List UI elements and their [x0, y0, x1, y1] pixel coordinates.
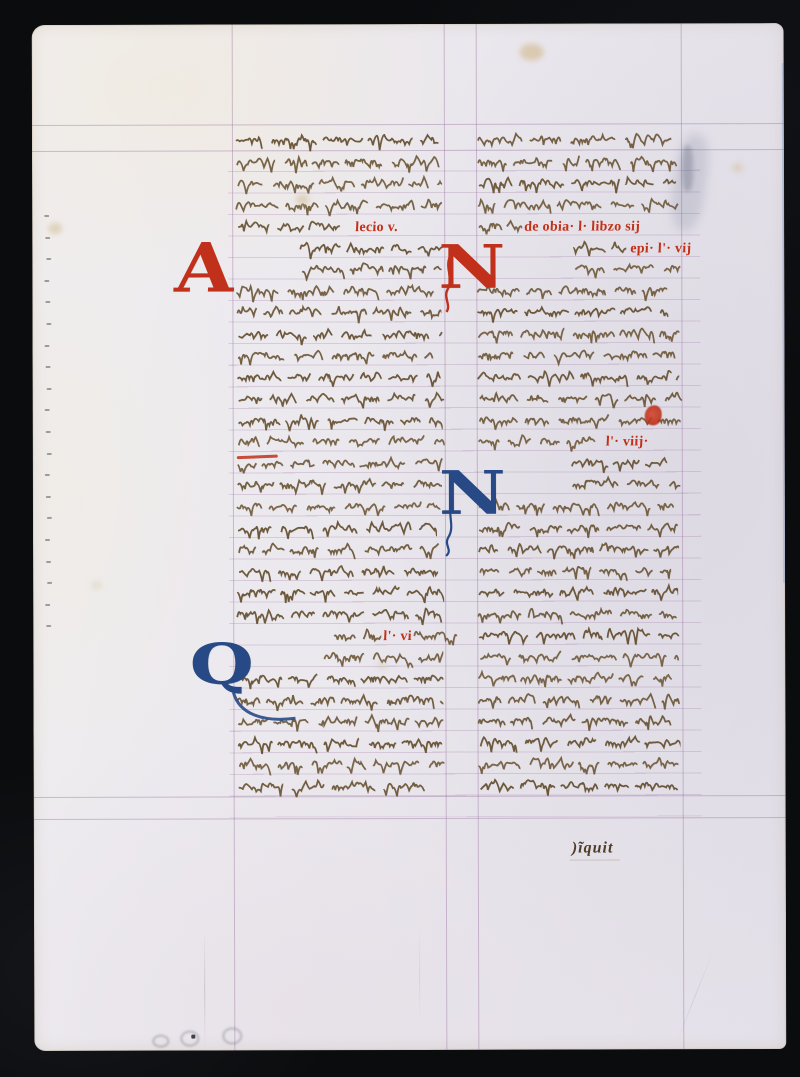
text-line [477, 368, 681, 389]
text-line [477, 713, 672, 734]
rubric-lectio-v: lecio v. [352, 218, 400, 237]
text-line [477, 670, 672, 691]
text-line [477, 304, 669, 325]
text-line [237, 519, 437, 540]
text-line [237, 347, 434, 368]
text-line: l'· viij· [478, 433, 651, 453]
foxing-stain [296, 194, 309, 205]
text-line [478, 756, 681, 777]
text-column-right: de obia· l· libzo sijepi· l'· vijl'· vii… [32, 23, 784, 25]
text-line [237, 390, 444, 411]
manuscript-leaf: lecio v.l'· vi de obia· l· libzo sijepi·… [32, 23, 787, 1051]
text-line [238, 756, 444, 777]
text-line [478, 540, 679, 561]
pencil-marks [32, 23, 784, 25]
rubric-l-vi: l'· vi [381, 627, 415, 646]
text-line [479, 626, 681, 647]
text-line [480, 777, 684, 798]
text-line [238, 412, 443, 433]
text-line [477, 153, 677, 174]
text-line: l'· vi [333, 627, 460, 647]
photo-background: lecio v.l'· vi de obia· l· libzo sijepi·… [0, 0, 800, 1077]
text-line [477, 605, 677, 626]
red-ink-blot [645, 405, 662, 425]
catchword: )ĩquit [570, 839, 620, 860]
text-line [236, 283, 439, 304]
text-line [236, 153, 442, 174]
text-line [477, 131, 679, 152]
text-column-left: lecio v.l'· vi [32, 23, 784, 25]
crease [419, 929, 420, 1024]
text-line: epi· l'· vij [572, 239, 693, 259]
text-line [477, 347, 679, 368]
text-line [237, 326, 443, 347]
foxing-stain [377, 662, 386, 669]
text-line [571, 454, 679, 474]
initial-A-red: A [173, 234, 236, 302]
text-line [478, 583, 678, 604]
rubric-epi-l-vij: epi· l'· vij [628, 239, 694, 258]
text-line [572, 476, 682, 496]
text-line [477, 325, 679, 346]
text-line [236, 498, 442, 519]
ruling-horizontal-top-1 [32, 123, 784, 126]
text-line [236, 584, 444, 605]
text-line [237, 304, 442, 325]
foxing-stain [48, 223, 62, 234]
text-line [238, 433, 445, 454]
pricking-holes [32, 23, 784, 25]
catchword-text: ĩquit [578, 839, 613, 856]
rubric-de-obia: de obia· l· libzo sij [522, 217, 643, 236]
text-line [479, 648, 679, 669]
ruling-horizontal-bottom-2 [34, 817, 786, 820]
text-line [237, 175, 442, 196]
initial-flourish-red [442, 254, 456, 314]
rubric-l-viij: l'· viij· [603, 433, 651, 452]
text-line [237, 369, 441, 390]
text-line [299, 240, 443, 260]
text-line [236, 606, 443, 627]
leaf-edge-highlight [782, 63, 785, 583]
text-line [238, 541, 444, 562]
text-line [237, 735, 442, 756]
text-line [238, 563, 438, 584]
text-line [237, 476, 442, 497]
crease [204, 931, 205, 1051]
text-line [478, 519, 679, 540]
foxing-stain [91, 581, 102, 590]
text-line [478, 691, 681, 712]
text-line [480, 734, 681, 755]
grey-smudge-core [682, 145, 693, 191]
initial-flourish-blue-tail [229, 688, 299, 728]
foxing-stain [732, 163, 743, 172]
dark-speck [191, 1035, 195, 1039]
text-line [479, 562, 671, 583]
text-line [235, 196, 442, 217]
text-line [575, 260, 681, 280]
initial-Q-blue: Q [189, 636, 254, 692]
foxing-stain [520, 44, 544, 61]
text-line [301, 261, 443, 281]
text-line [235, 132, 440, 153]
text-line [478, 174, 676, 195]
text-line [478, 497, 674, 518]
crease [676, 951, 714, 1044]
initial-flourish-blue [443, 500, 459, 558]
text-line [477, 196, 679, 217]
text-line: lecio v. [237, 218, 400, 238]
text-line [238, 778, 436, 799]
